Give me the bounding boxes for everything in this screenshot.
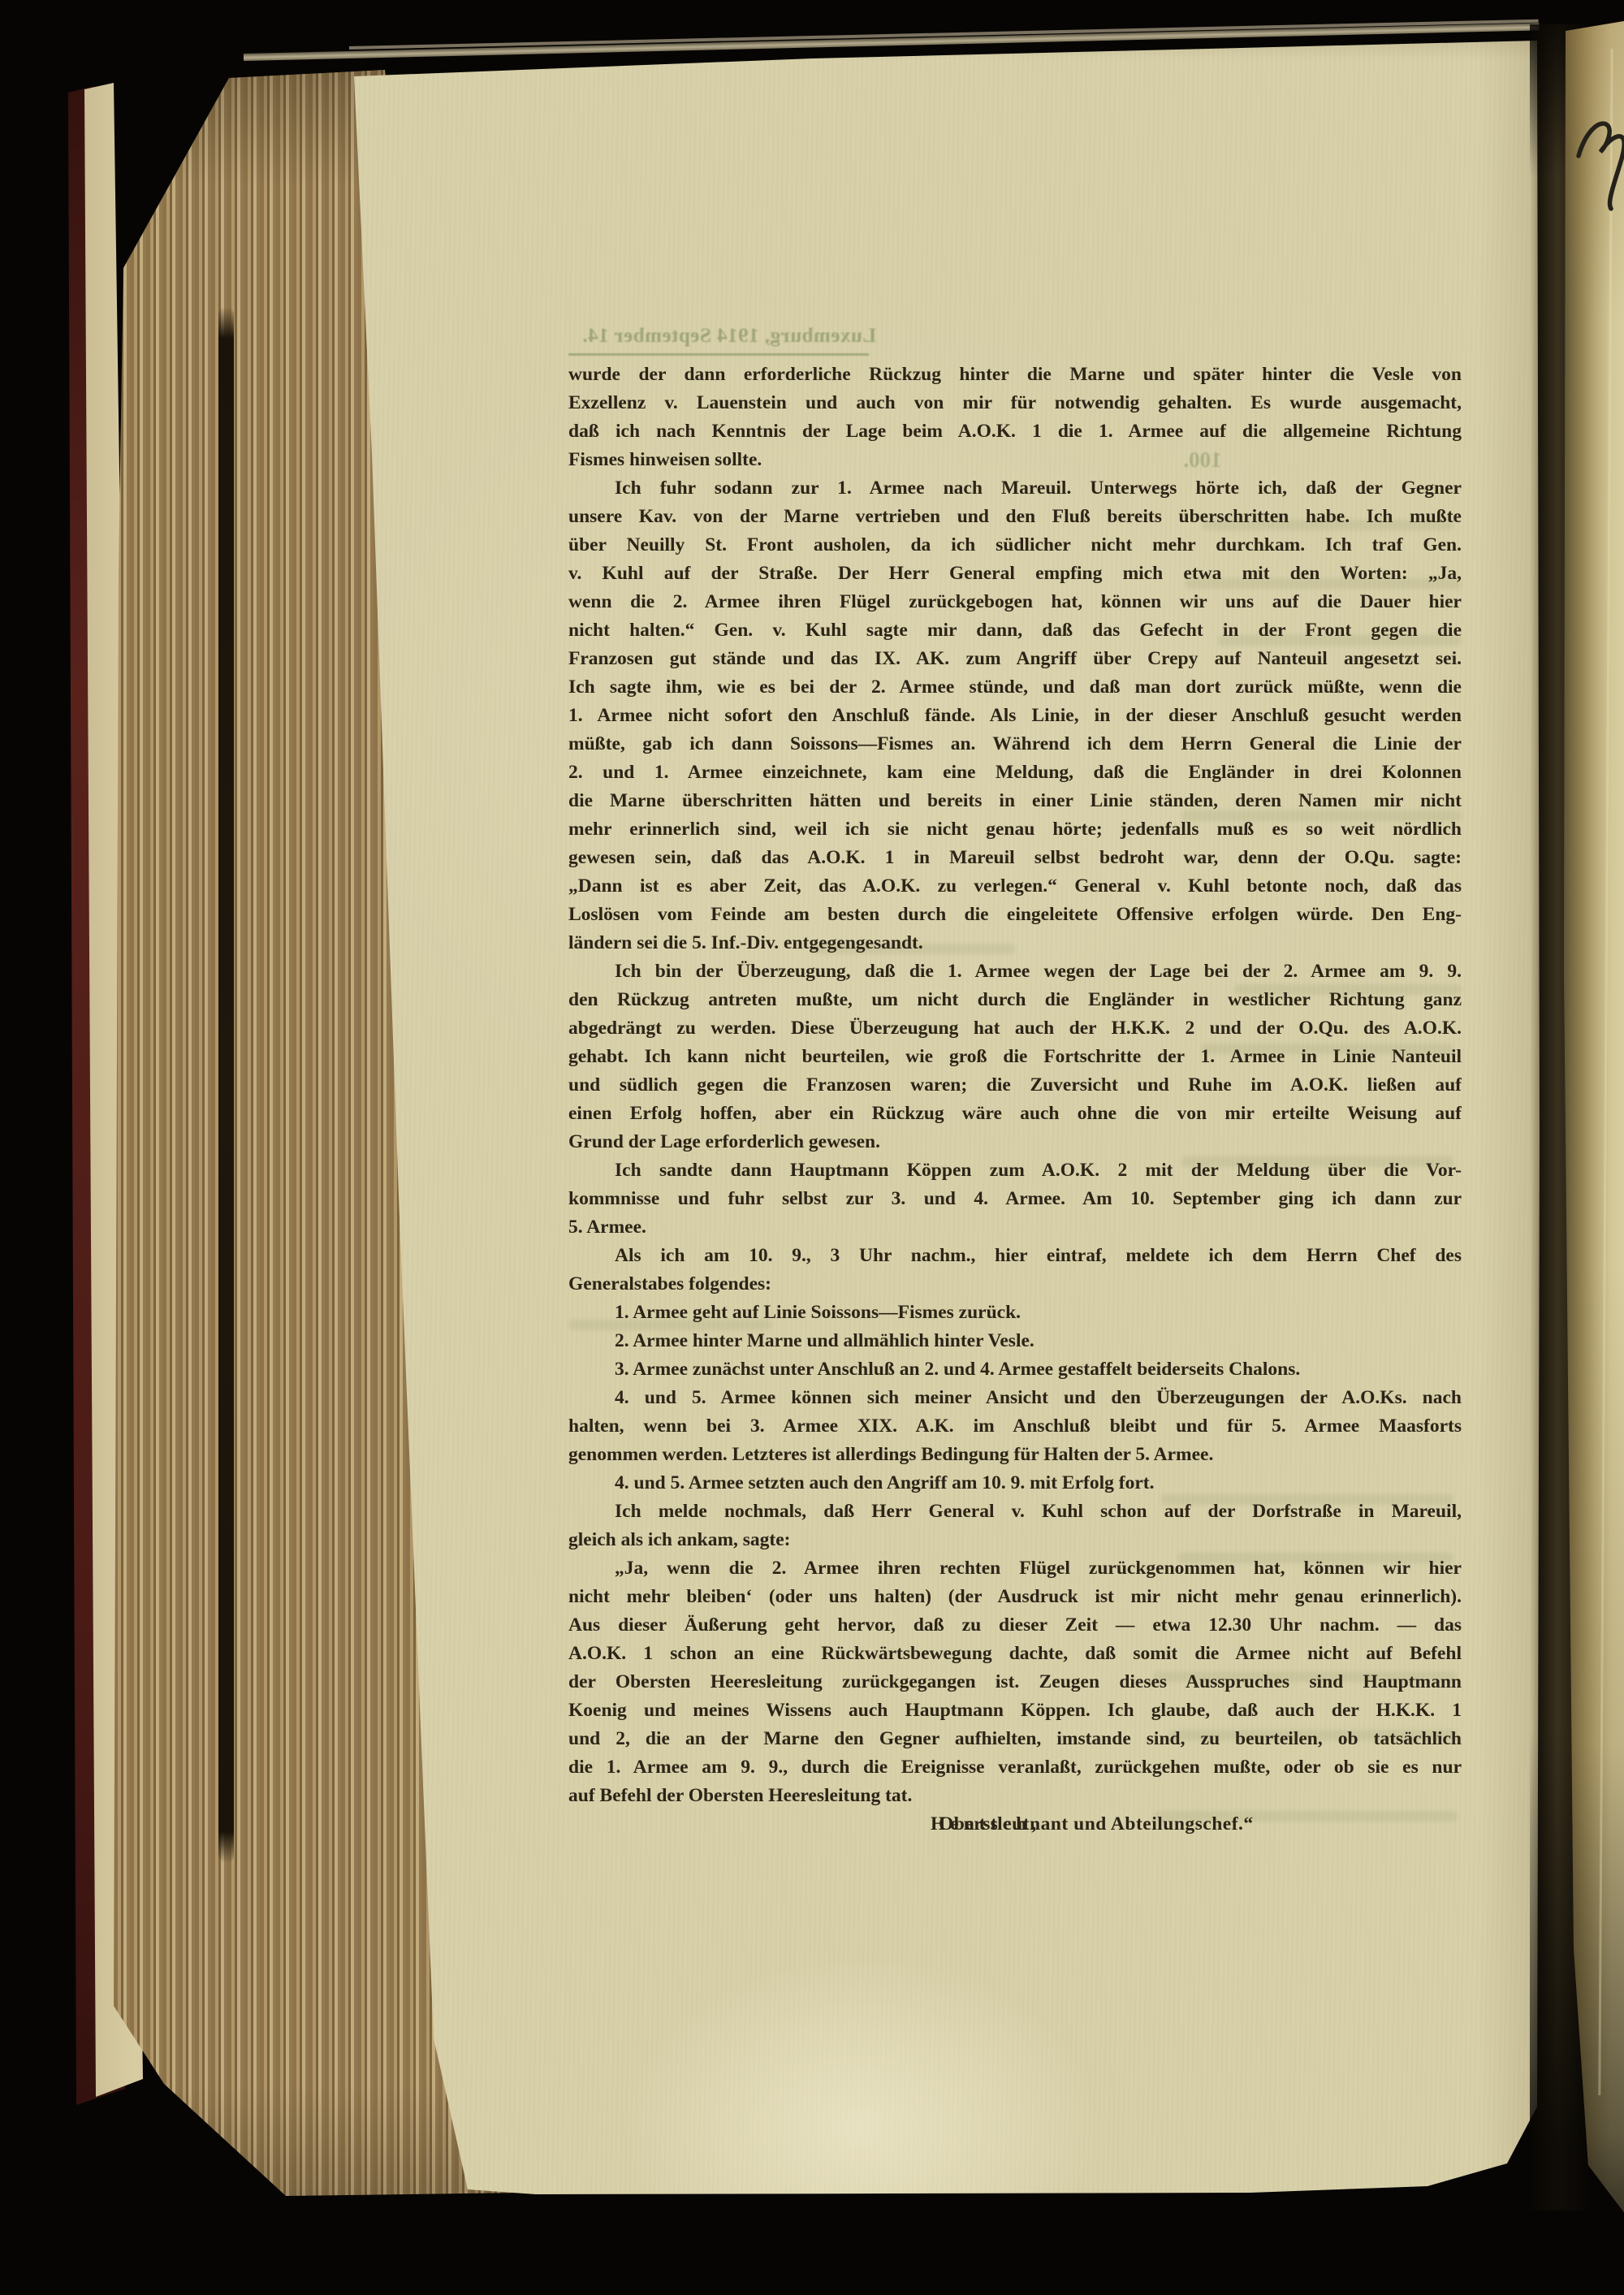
text-line: 3. Armee zunächst unter Anschluß an 2. u…	[568, 1355, 1462, 1384]
text-line: kommnisse und fuhr selbst zur 3. und 4. …	[568, 1185, 1462, 1213]
text-line: mehr erinnerlich sind, weil ich sie nich…	[568, 815, 1462, 844]
handwritten-mark	[1574, 114, 1624, 211]
text-line: gleich als ich ankam, sagte:	[568, 1526, 1462, 1554]
signature-line: Hentsch,Oberstleutnant und Abteilungsche…	[568, 1810, 1462, 1839]
text-line: 1. Armee nicht sofort den Anschluß fände…	[568, 702, 1462, 730]
text-line: v. Kuhl auf der Straße. Der Herr General…	[568, 560, 1462, 588]
text-line: müßte, gab ich dann Soissons—Fismes an. …	[568, 730, 1462, 759]
text-line: Generalstabes folgendes:	[568, 1270, 1462, 1299]
text-line: genommen werden. Letzteres ist allerding…	[568, 1441, 1462, 1469]
text-line: die 1. Armee am 9. 9., durch die Ereigni…	[568, 1753, 1462, 1782]
text-line: Fismes hinweisen sollte.	[568, 446, 1462, 474]
text-line: wenn die 2. Armee ihren Flügel zurückgeb…	[568, 588, 1462, 616]
text-line: gewesen sein, daß das A.O.K. 1 in Mareui…	[568, 844, 1462, 872]
text-line: Ich bin der Überzeugung, daß die 1. Arme…	[568, 957, 1462, 986]
bookmark-ribbon	[218, 307, 234, 1863]
next-page-crease	[1598, 49, 1613, 2095]
book-photo: Luxemburg, 1914 September 14. 100. wurde…	[0, 0, 1624, 2295]
text-line: „Ja, wenn die 2. Armee ihren rechten Flü…	[568, 1554, 1462, 1583]
text-line: Exzellenz v. Lauenstein und auch von mir…	[568, 389, 1462, 417]
text-line: Koenig und meines Wissens auch Hauptmann…	[568, 1696, 1462, 1725]
text-line: A.O.K. 1 schon an eine Rückwärtsbewegung…	[568, 1640, 1462, 1668]
text-line: Ich melde nochmals, daß Herr General v. …	[568, 1498, 1462, 1526]
text-line: 2. Armee hinter Marne und allmählich hin…	[568, 1327, 1462, 1355]
text-line: 2. und 1. Armee einzeichnete, kam eine M…	[568, 759, 1462, 787]
text-line: Grund der Lage erforderlich gewesen.	[568, 1128, 1462, 1156]
text-line: der Obersten Heeresleitung zurückgegange…	[568, 1668, 1462, 1696]
text-line: Ich fuhr sodann zur 1. Armee nach Mareui…	[568, 474, 1462, 503]
text-line: „Dann ist es aber Zeit, das A.O.K. zu ve…	[568, 872, 1462, 901]
text-line: und 2, die an der Marne den Gegner aufhi…	[568, 1725, 1462, 1753]
text-line: ländern sei die 5. Inf.-Div. entgegenges…	[568, 929, 1462, 957]
text-line: 4. und 5. Armee können sich meiner Ansic…	[568, 1384, 1462, 1412]
text-line: unsere Kav. von der Marne vertrieben und…	[568, 503, 1462, 531]
text-line: einen Erfolg hoffen, aber ein Rückzug wä…	[568, 1100, 1462, 1128]
text-line: und südlich gegen die Franzosen waren; d…	[568, 1071, 1462, 1100]
signature-role: Oberstleutnant und Abteilungschef.“	[939, 1810, 1254, 1839]
text-line: 1. Armee geht auf Linie Soissons—Fismes …	[568, 1299, 1462, 1327]
text-line: die Marne überschritten hätten und berei…	[568, 787, 1462, 815]
text-line: den Rückzug antreten mußte, um nicht dur…	[568, 986, 1462, 1014]
text-line: nicht halten.“ Gen. v. Kuhl sagte mir da…	[568, 616, 1462, 645]
text-lines: wurde der dann erforderliche Rückzug hin…	[568, 361, 1462, 1810]
text-line: halten, wenn bei 3. Armee XIX. A.K. im A…	[568, 1412, 1462, 1441]
text-line: Loslösen vom Feinde am besten durch die …	[568, 901, 1462, 929]
text-line: 5. Armee.	[568, 1213, 1462, 1242]
text-line: auf Befehl der Obersten Heeresleitung ta…	[568, 1782, 1462, 1810]
text-line: Ich sandte dann Hauptmann Köppen zum A.O…	[568, 1156, 1462, 1185]
text-line: 4. und 5. Armee setzten auch den Angriff…	[568, 1469, 1462, 1498]
text-line: über Neuilly St. Front ausholen, da ich …	[568, 531, 1462, 560]
text-line: nicht mehr bleiben‘ (oder uns halten) (d…	[568, 1583, 1462, 1611]
text-line: daß ich nach Kenntnis der Lage beim A.O.…	[568, 417, 1462, 446]
text-line: Ich sagte ihm, wie es bei der 2. Armee s…	[568, 673, 1462, 702]
text-line: Aus dieser Äußerung geht hervor, daß zu …	[568, 1611, 1462, 1640]
text-line: Franzosen gut stände und das IX. AK. zum…	[568, 645, 1462, 673]
text-line: gehabt. Ich kann nicht beurteilen, wie g…	[568, 1043, 1462, 1071]
text-line: Als ich am 10. 9., 3 Uhr nachm., hier ei…	[568, 1242, 1462, 1270]
text-line: abgedrängt zu werden. Diese Überzeugung …	[568, 1014, 1462, 1043]
document-text: wurde der dann erforderliche Rückzug hin…	[568, 361, 1462, 1839]
text-line: wurde der dann erforderliche Rückzug hin…	[568, 361, 1462, 389]
